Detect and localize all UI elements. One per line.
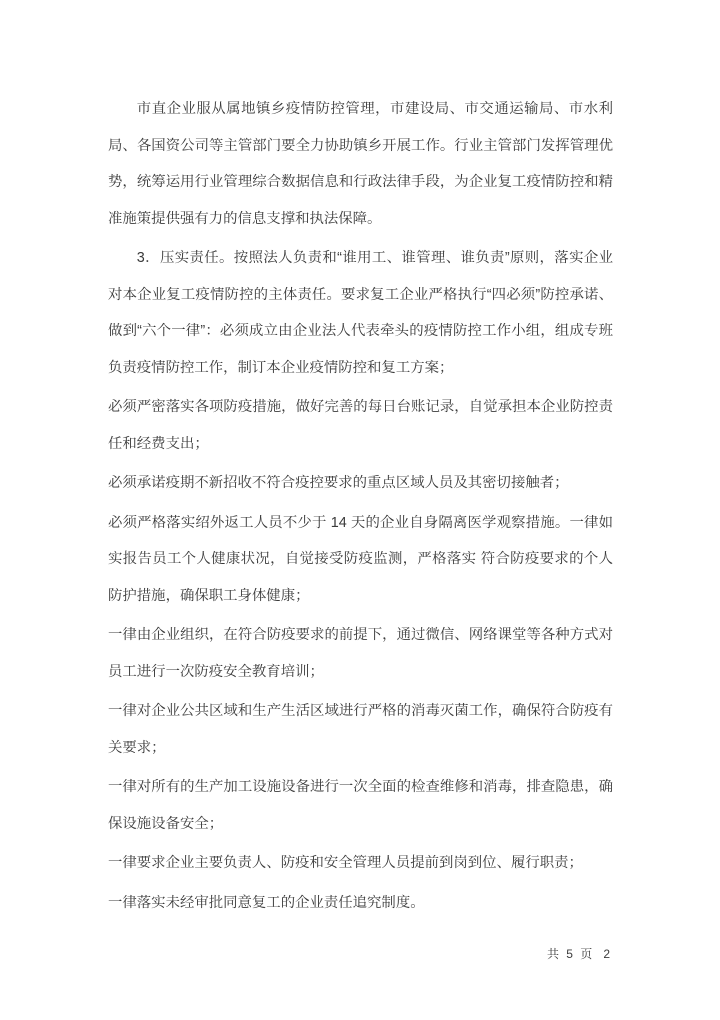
- paragraph: 3．压实责任。按照法人负责和“谁用工、谁管理、谁负责”原则，落实企业对本企业复工…: [108, 240, 613, 386]
- document-page: 市直企业服从属地镇乡疫情防控管理，市建设局、市交通运输局、市水利局、各国资公司等…: [0, 0, 720, 1020]
- paragraph: 一律要求企业主要负责人、防疫和安全管理人员提前到岗到位、履行职责；: [108, 845, 613, 882]
- paragraph: 一律对所有的生产加工设施设备进行一次全面的检查维修和消毒，排查隐患，确保设施设备…: [108, 769, 613, 842]
- page-footer: 共 5 页2: [547, 946, 610, 962]
- paragraph: 市直企业服从属地镇乡疫情防控管理，市建设局、市交通运输局、市水利局、各国资公司等…: [108, 91, 613, 237]
- paragraph: 一律由企业组织，在符合防疫要求的前提下，通过微信、网络课堂等各种方式对员工进行一…: [108, 617, 613, 690]
- total-pages-label: 共 5 页: [547, 947, 594, 961]
- document-body: 市直企业服从属地镇乡疫情防控管理，市建设局、市交通运输局、市水利局、各国资公司等…: [108, 91, 613, 924]
- page-number: 2: [603, 947, 610, 961]
- paragraph: 必须严密落实各项防疫措施，做好完善的每日台账记录，自觉承担本企业防控责任和经费支…: [108, 389, 613, 462]
- paragraph: 一律对企业公共区域和生产生活区域进行严格的消毒灭菌工作，确保符合防疫有关要求；: [108, 693, 613, 766]
- paragraph: 必须承诺疫期不新招收不符合疫控要求的重点区域人员及其密切接触者；: [108, 465, 613, 502]
- paragraph: 必须严格落实绍外返工人员不少于 14 天的企业自身隔离医学观察措施。一律如实报告…: [108, 505, 613, 615]
- paragraph: 一律落实未经审批同意复工的企业责任追究制度。: [108, 885, 613, 922]
